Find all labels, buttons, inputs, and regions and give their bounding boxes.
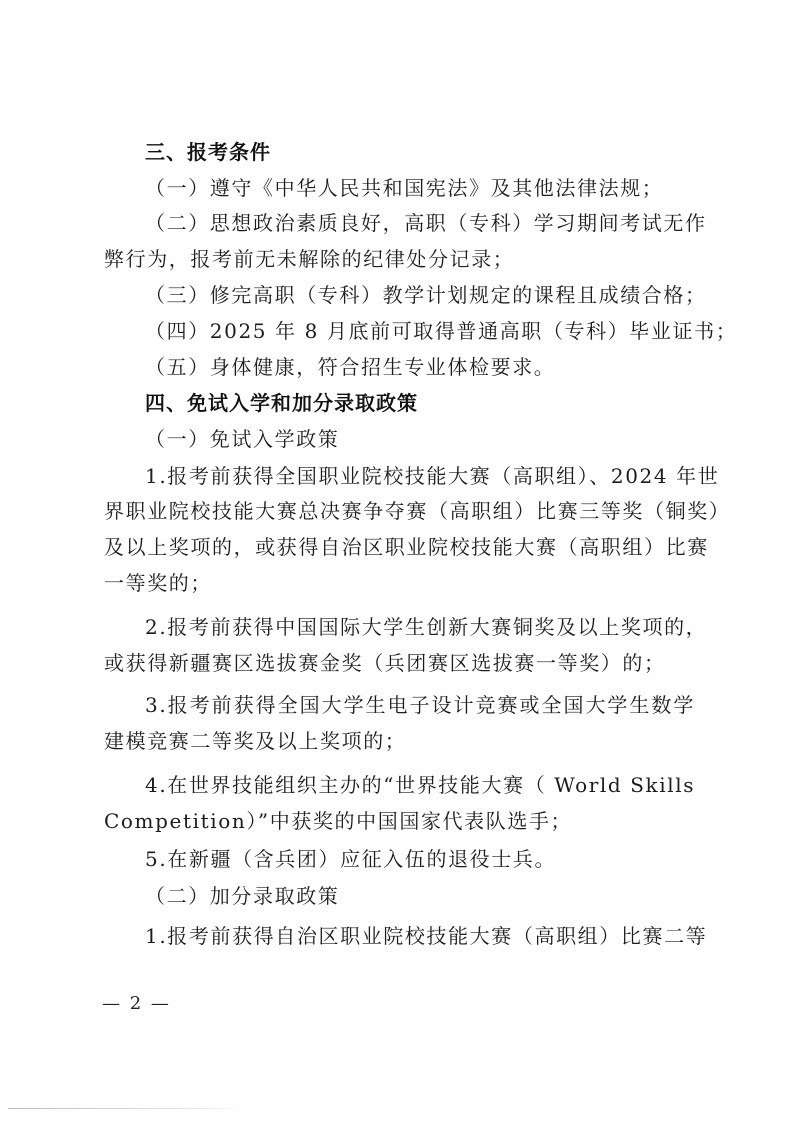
- condition-line-1: （一）遵守《中华人民共和国宪法》及其他法律法规；: [145, 174, 695, 202]
- exempt-item-1-line-2: 界职业院校技能大赛总决赛争夺赛（高职组）比赛三等奖（铜奖）: [104, 497, 694, 525]
- subsection-title-exempt: （一）免试入学政策: [145, 425, 695, 453]
- exempt-item-4-line-1: 4.在世界技能组织主办的“世界技能大赛（ World Skills: [145, 771, 695, 799]
- section-heading-4: 四、免试入学和加分录取政策: [145, 389, 695, 417]
- exempt-item-1-line-1: 1.报考前获得全国职业院校技能大赛（高职组）、2024 年世: [145, 462, 695, 490]
- condition-line-2-cont: 弊行为，报考前无未解除的纪律处分记录；: [104, 245, 694, 273]
- exempt-item-3-line-1: 3.报考前获得全国大学生电子设计竞赛或全国大学生数学: [145, 691, 695, 719]
- exempt-item-3-line-2: 建模竞赛二等奖及以上奖项的；: [104, 727, 694, 755]
- document-page: 三、报考条件 （一）遵守《中华人民共和国宪法》及其他法律法规； （二）思想政治素…: [0, 0, 793, 1121]
- exempt-item-1-line-3: 及以上奖项的，或获得自治区职业院校技能大赛（高职组）比赛: [104, 533, 694, 561]
- exempt-item-5: 5.在新疆（含兵团）应征入伍的退役士兵。: [145, 845, 695, 873]
- condition-line-2: （二）思想政治素质良好，高职（专科）学习期间考试无作: [145, 209, 695, 237]
- scan-edge-line: [8, 1108, 243, 1109]
- bonus-item-1-line-1: 1.报考前获得自治区职业院校技能大赛（高职组）比赛二等: [145, 922, 695, 950]
- subsection-title-bonus: （二）加分录取政策: [145, 882, 695, 910]
- condition-line-4: （四）2025 年 8 月底前可取得普通高职（专科）毕业证书；: [145, 317, 695, 345]
- section-heading-3: 三、报考条件: [145, 138, 695, 166]
- exempt-item-2-line-2: 或获得新疆赛区选拔赛金奖（兵团赛区选拔赛一等奖）的；: [104, 649, 694, 677]
- condition-line-3: （三）修完高职（专科）教学计划规定的课程且成绩合格；: [145, 281, 695, 309]
- page-number: — 2 —: [102, 993, 171, 1014]
- exempt-item-4-line-2: Competition）”中获奖的中国国家代表队选手；: [104, 807, 694, 835]
- exempt-item-2-line-1: 2.报考前获得中国国际大学生创新大赛铜奖及以上奖项的，: [145, 613, 695, 641]
- condition-line-5: （五）身体健康，符合招生专业体检要求。: [145, 353, 695, 381]
- exempt-item-1-line-4: 一等奖的；: [104, 569, 694, 597]
